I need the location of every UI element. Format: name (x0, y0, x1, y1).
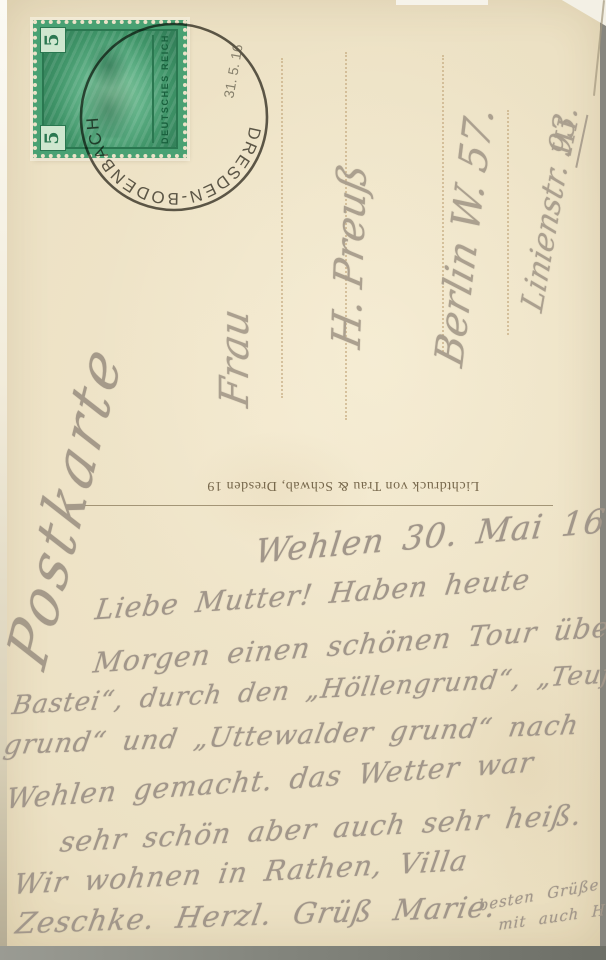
postcard-photo: Lichtdruck von Trau & Schwab, Dresden 19… (0, 0, 606, 960)
card-top-edge-highlight (396, 0, 488, 5)
postmark-date-text: 31. 5. 16 (220, 43, 245, 100)
postmark: DRESDEN-BODENBACH 31. 5. 16 (68, 10, 280, 224)
publisher-imprint: Lichtdruck von Trau & Schwab, Dresden 19 (60, 477, 606, 493)
imprint-rule (85, 505, 553, 506)
stamp-value-numeral: 5 (40, 27, 66, 53)
stamp-value-numeral: 5 (40, 125, 66, 151)
address-ruling-line (281, 58, 283, 398)
svg-text:DRESDEN-BODENBACH: DRESDEN-BODENBACH (77, 114, 265, 215)
postmark-town-text: DRESDEN-BODENBACH (77, 114, 265, 215)
scan-background-strip (0, 946, 606, 960)
address-ruling-line (507, 110, 509, 335)
address-line-salutation: Frau (212, 269, 258, 447)
